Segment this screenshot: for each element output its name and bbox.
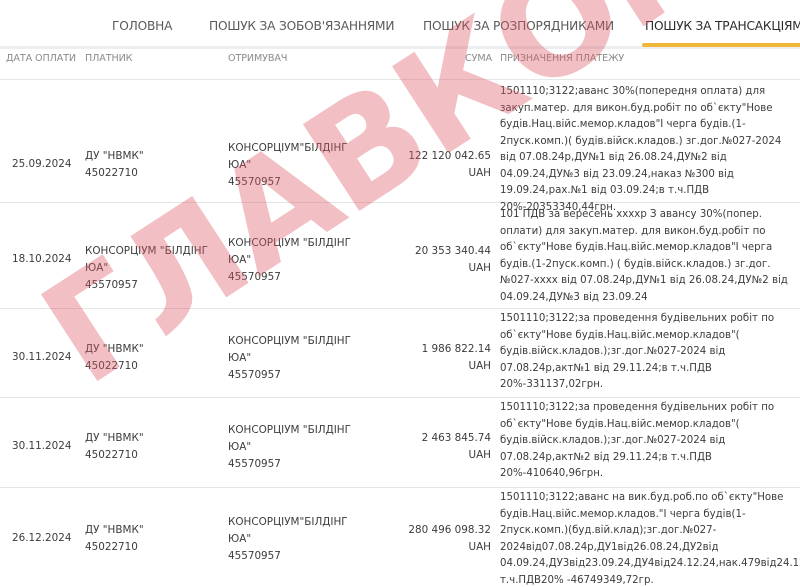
table-header: ДАТА ОПЛАТИ ПЛАТНИК ОТРИМУВАЧ СУМА ПРИЗН… [0, 49, 800, 80]
tab-search-obligations[interactable]: ПОШУК ЗА ЗОБОВ'ЯЗАННЯМИ [209, 19, 394, 33]
table-row[interactable]: 18.10.2024КОНСОРЦІУМ "БІЛДІНГ ЮА" 455709… [0, 203, 800, 309]
table-row[interactable]: 30.11.2024ДУ "НВМК" 45022710КОНСОРЦІУМ "… [0, 309, 800, 398]
amount-value: 122 120 042.65 [380, 148, 491, 165]
active-tab-indicator [642, 43, 800, 47]
payer: КОНСОРЦІУМ "БІЛДІНГ ЮА" 45570957 [85, 243, 220, 294]
payer: ДУ "НВМК" 45022710 [85, 522, 220, 556]
recipient: КОНСОРЦІУМ "БІЛДІНГ ЮА" 45570957 [228, 235, 368, 286]
amount: 122 120 042.65UAH [380, 148, 491, 182]
amount-currency: UAH [380, 260, 491, 277]
amount-value: 280 496 098.32 [380, 522, 491, 539]
payment-date: 25.09.2024 [12, 156, 72, 173]
payment-purpose: 1501110;3122;аванс 30%(попередня оплата)… [500, 84, 800, 216]
payer: ДУ "НВМК" 45022710 [85, 341, 220, 375]
amount-currency: UAH [380, 358, 491, 375]
header-date[interactable]: ДАТА ОПЛАТИ [6, 53, 76, 64]
tab-search-transactions[interactable]: ПОШУК ЗА ТРАНСАКЦІЯМИ [645, 19, 800, 33]
table-row[interactable]: 26.12.2024ДУ "НВМК" 45022710КОНСОРЦІУМ"Б… [0, 488, 800, 587]
table-row[interactable]: 25.09.2024ДУ "НВМК" 45022710КОНСОРЦІУМ"Б… [0, 80, 800, 203]
top-navigation: ГОЛОВНА ПОШУК ЗА ЗОБОВ'ЯЗАННЯМИ ПОШУК ЗА… [0, 0, 800, 49]
payment-purpose: 101 ПДВ за вересень хххxр З авансу 30%(п… [500, 207, 800, 306]
recipient: КОНСОРЦІУМ "БІЛДІНГ ЮА" 45570957 [228, 422, 368, 473]
recipient: КОНСОРЦІУМ"БІЛДІНГ ЮА" 45570957 [228, 514, 368, 565]
amount-currency: UAH [380, 165, 491, 182]
header-recipient[interactable]: ОТРИМУВАЧ [228, 53, 287, 64]
header-sum[interactable]: СУМА [465, 53, 492, 64]
payment-date: 18.10.2024 [12, 251, 72, 268]
table-row[interactable]: 30.11.2024ДУ "НВМК" 45022710КОНСОРЦІУМ "… [0, 398, 800, 488]
payment-date: 30.11.2024 [12, 349, 72, 366]
amount: 1 986 822.14UAH [380, 341, 491, 375]
amount: 280 496 098.32UAH [380, 522, 491, 556]
tab-home[interactable]: ГОЛОВНА [112, 19, 172, 33]
payment-purpose: 1501110;3122;аванс на вик.буд.роб.по об`… [500, 490, 800, 587]
payer: ДУ "НВМК" 45022710 [85, 430, 220, 464]
payment-purpose: 1501110;3122;за проведення будівельних р… [500, 400, 800, 483]
amount-value: 20 353 340.44 [380, 243, 491, 260]
header-payer[interactable]: ПЛАТНИК [85, 53, 132, 64]
recipient: КОНСОРЦІУМ "БІЛДІНГ ЮА" 45570957 [228, 333, 368, 384]
amount: 20 353 340.44UAH [380, 243, 491, 277]
amount-value: 2 463 845.74 [380, 430, 491, 447]
payer: ДУ "НВМК" 45022710 [85, 148, 220, 182]
header-purpose[interactable]: ПРИЗНАЧЕННЯ ПЛАТЕЖУ [500, 53, 624, 64]
amount-value: 1 986 822.14 [380, 341, 491, 358]
payment-date: 26.12.2024 [12, 530, 72, 547]
payment-purpose: 1501110;3122;за проведення будівельних р… [500, 311, 800, 394]
amount-currency: UAH [380, 447, 491, 464]
amount: 2 463 845.74UAH [380, 430, 491, 464]
amount-currency: UAH [380, 539, 491, 556]
payment-date: 30.11.2024 [12, 438, 72, 455]
recipient: КОНСОРЦІУМ"БІЛДІНГ ЮА" 45570957 [228, 140, 368, 191]
tab-search-managers[interactable]: ПОШУК ЗА РОЗПОРЯДНИКАМИ [423, 19, 614, 33]
